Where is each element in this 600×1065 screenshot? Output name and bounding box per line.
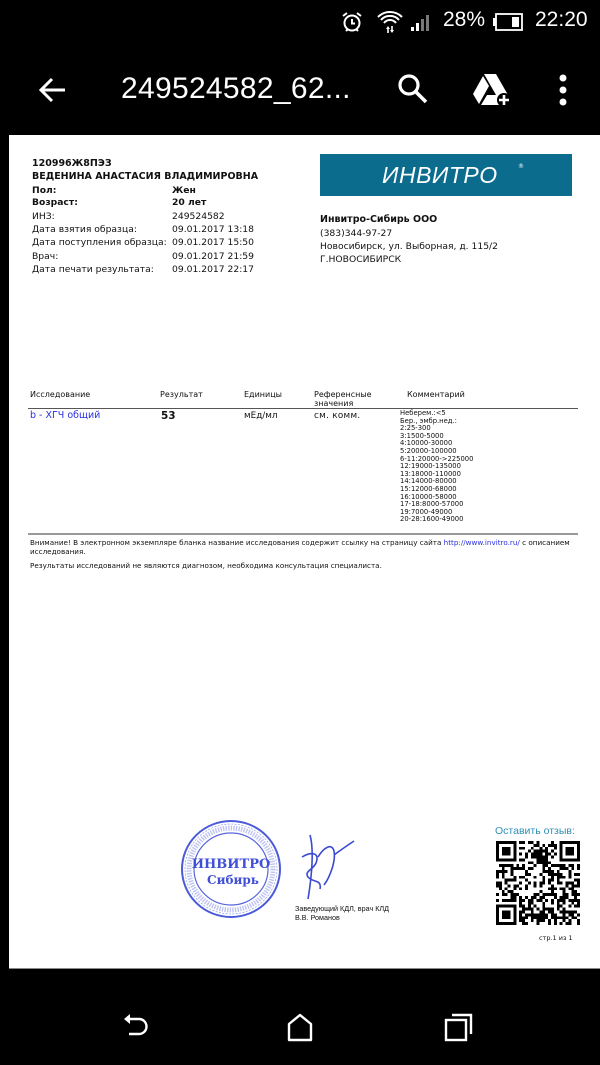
document-title: 249524582_62... xyxy=(121,72,351,106)
app-bar: 249524582_62... xyxy=(0,44,600,136)
drive-add-icon[interactable] xyxy=(472,72,512,108)
reference-header-line2: значения xyxy=(314,399,372,408)
info-label: Дата печати результата: xyxy=(32,264,154,275)
info-label: Врач: xyxy=(32,251,58,262)
lab-name: Инвитро-Сибирь ООО xyxy=(320,214,437,225)
lab-city: Г.НОВОСИБИРСК xyxy=(320,254,401,265)
lab-address: Новосибирск, ул. Выборная, д. 115/2 xyxy=(320,241,498,252)
svg-text:Сибирь: Сибирь xyxy=(207,873,259,887)
invitro-logo: ИНВИТРО ® xyxy=(320,154,572,196)
reference-values: см. комм. xyxy=(314,411,361,421)
back-icon[interactable] xyxy=(122,1012,154,1042)
recent-apps-icon[interactable] xyxy=(443,1012,475,1042)
comment-line: 20-28:1600-49000 xyxy=(400,516,473,524)
info-value: 09.01.2017 15:50 xyxy=(172,237,254,248)
registered-mark: ® xyxy=(518,163,524,170)
info-value: 09.01.2017 13:18 xyxy=(172,224,254,235)
alarm-icon xyxy=(340,10,364,40)
navigation-bar xyxy=(0,970,600,1065)
battery-percent: 28% xyxy=(443,8,485,32)
info-label: Возраст: xyxy=(32,197,78,208)
page-number: стр.1 из 1 xyxy=(539,934,573,942)
column-header-units: Единицы xyxy=(244,390,282,399)
column-header-test: Исследование xyxy=(30,390,90,399)
patient-name: ВЕДЕНИНА АНАСТАСИЯ ВЛАДИМИРОВНА xyxy=(32,171,258,182)
clock: 22:20 xyxy=(535,8,588,32)
invitro-link[interactable]: http://www.invitro.ru/ xyxy=(444,538,520,547)
signer-info: Заведующий КДЛ, врач КЛД В.В. Романов xyxy=(295,904,389,922)
home-icon[interactable] xyxy=(284,1012,316,1042)
info-value: 09.01.2017 22:17 xyxy=(172,264,254,275)
battery-icon xyxy=(493,13,523,37)
qr-code[interactable] xyxy=(496,841,580,925)
lab-phone: (383)344-97-27 xyxy=(320,228,392,239)
result-units: мЕд/мл xyxy=(244,411,278,421)
info-label: Дата взятия образца: xyxy=(32,224,137,235)
stamp-seal: ИНВИТРО Сибирь xyxy=(179,818,283,920)
search-icon[interactable] xyxy=(396,72,430,106)
result-comment: Неберем.:<5Бер., эмбр.нед.:2:25-3003:150… xyxy=(400,410,473,524)
status-bar: 28% 22:20 xyxy=(0,0,600,44)
info-label: ИНЗ: xyxy=(32,211,55,222)
reference-header-line1: Референсные xyxy=(314,390,372,399)
info-label: Дата поступления образца: xyxy=(32,237,167,248)
disclaimer-text: Результаты исследований не являются диаг… xyxy=(30,562,570,571)
back-arrow-icon[interactable] xyxy=(36,73,70,107)
wifi-icon xyxy=(376,9,404,41)
patient-code: 120996Ж8ПЭЗ xyxy=(32,158,112,169)
table-bottom-divider xyxy=(28,533,578,535)
result-value: 53 xyxy=(161,410,176,422)
column-header-reference: Референсные значения xyxy=(314,390,372,408)
column-header-result: Результат xyxy=(160,390,203,399)
feedback-label: Оставить отзыв: xyxy=(495,825,575,837)
logo-text: ИНВИТРО xyxy=(382,162,498,189)
notice-text: Внимание! В электронном экземпляре бланк… xyxy=(30,539,570,556)
signer-position: Заведующий КДЛ, врач КЛД xyxy=(295,904,389,913)
more-vert-icon[interactable] xyxy=(556,72,570,108)
table-header-divider xyxy=(28,408,578,409)
info-value: 249524582 xyxy=(172,211,225,222)
info-value: Жен xyxy=(172,185,196,196)
info-value: 09.01.2017 21:59 xyxy=(172,251,254,262)
signature xyxy=(292,827,364,903)
svg-text:ИНВИТРО: ИНВИТРО xyxy=(192,857,271,872)
signer-name: В.В. Романов xyxy=(295,913,389,922)
pdf-page: 120996Ж8ПЭЗ ВЕДЕНИНА АНАСТАСИЯ ВЛАДИМИРО… xyxy=(9,135,600,969)
test-name-link[interactable]: b - ХГЧ общий xyxy=(30,410,100,421)
notice-before-link: Внимание! В электронном экземпляре бланк… xyxy=(30,538,444,547)
signal-icon xyxy=(410,12,434,38)
column-header-comment: Комментарий xyxy=(407,390,465,399)
info-label: Пол: xyxy=(32,185,56,196)
info-value: 20 лет xyxy=(172,197,206,208)
